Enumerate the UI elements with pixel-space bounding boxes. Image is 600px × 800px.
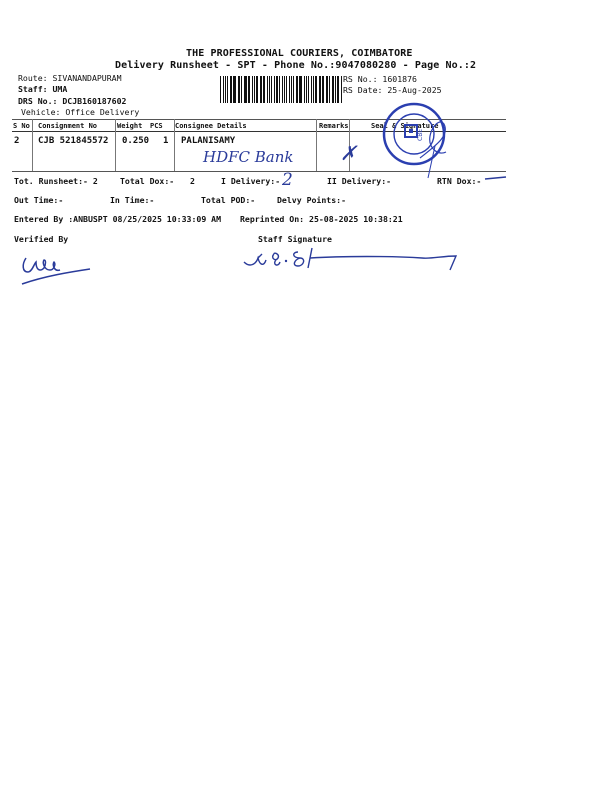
header-remarks: Remarks	[319, 122, 349, 130]
rs-date: RS Date: 25-Aug-2025	[343, 85, 442, 95]
col-divider	[32, 119, 33, 171]
header-consignee-details: Consignee Details	[175, 122, 247, 130]
barcode-bar	[234, 76, 235, 103]
barcode-bar	[315, 76, 317, 103]
ii-delivery-label: II Delivery:-	[327, 176, 391, 186]
delvy-points-label: Delvy Points:-	[277, 195, 346, 205]
barcode-bar	[225, 76, 226, 103]
col-divider	[316, 119, 317, 171]
barcode-bar	[300, 76, 301, 103]
barcode-bar	[320, 76, 321, 103]
barcode-bar	[335, 76, 336, 103]
barcode-bar	[227, 76, 228, 103]
route-label: Route: SIVANANDAPURAM	[18, 73, 122, 83]
barcode-bar	[269, 76, 270, 103]
barcode	[220, 76, 342, 103]
barcode-bar	[304, 76, 305, 103]
barcode-bar	[341, 76, 342, 103]
col-divider	[115, 119, 116, 171]
total-dox-label: Total Dox:-	[120, 176, 174, 186]
barcode-bar	[241, 76, 242, 103]
barcode-bar	[244, 76, 246, 103]
remarks-mark: ✗	[340, 141, 357, 165]
barcode-bar	[308, 76, 309, 103]
barcode-bar	[332, 76, 334, 103]
barcode-bar	[263, 76, 264, 103]
barcode-bar	[329, 76, 330, 103]
barcode-bar	[252, 76, 253, 103]
barcode-bar	[264, 76, 265, 103]
out-time-label: Out Time:-	[14, 195, 63, 205]
barcode-bar	[313, 76, 314, 103]
row-consignee: PALANISAMY	[181, 136, 235, 146]
barcode-bar	[319, 76, 320, 103]
barcode-bar	[254, 76, 255, 103]
barcode-bar	[284, 76, 285, 103]
barcode-bar	[286, 76, 287, 103]
rtn-dox-label: RTN Dox:-	[437, 176, 481, 186]
entered-by: Entered By :ANBUSPT 08/25/2025 10:33:09 …	[14, 214, 221, 224]
barcode-bar	[223, 76, 224, 103]
i-delivery-handwritten: 2	[282, 170, 293, 190]
rs-number: RS No.: 1601876	[343, 74, 417, 84]
barcode-bar	[327, 76, 328, 103]
barcode-bar	[311, 76, 312, 103]
barcode-bar	[233, 76, 234, 103]
i-delivery-label: I Delivery:-	[221, 176, 280, 186]
barcode-bar	[271, 76, 272, 103]
barcode-bar	[326, 76, 327, 103]
header-pcs: PCS	[150, 122, 163, 130]
svg-text:CBE: CBE	[417, 129, 424, 141]
reprinted-on: Reprinted On: 25-08-2025 10:38:21	[240, 214, 403, 224]
header-consignment-no: Consignment No	[38, 122, 97, 130]
barcode-bar	[282, 76, 283, 103]
barcode-bar	[296, 76, 298, 103]
hdfc-stamp-icon: CBE	[380, 96, 452, 176]
staff-signature-icon	[242, 244, 462, 276]
vehicle-label: Vehicle: Office Delivery	[21, 107, 139, 117]
company-title: THE PROFESSIONAL COURIERS, COIMBATORE	[186, 48, 412, 59]
barcode-bar	[293, 76, 294, 103]
barcode-bar	[256, 76, 258, 103]
barcode-bar	[322, 76, 323, 103]
barcode-bar	[299, 76, 300, 103]
handwritten-note: HDFC Bank	[203, 148, 293, 166]
barcode-bar	[249, 76, 250, 103]
row-consignment-no: CJB 521845572	[38, 136, 108, 146]
row-weight: 0.250	[122, 136, 149, 146]
barcode-bar	[274, 76, 275, 103]
barcode-bar	[289, 76, 290, 103]
barcode-bar	[239, 76, 240, 103]
verified-signature-icon	[20, 250, 95, 290]
tot-runsheet: Tot. Runsheet:- 2	[14, 176, 98, 186]
in-time-label: In Time:-	[110, 195, 154, 205]
header-weight: Weight	[117, 122, 142, 130]
staff-label: Staff: UMA	[18, 84, 67, 94]
barcode-bar	[276, 76, 278, 103]
barcode-bar	[279, 76, 280, 103]
header-s-no: S No	[13, 122, 30, 130]
row-s-no: 2	[14, 136, 19, 146]
row-pcs: 1	[163, 136, 168, 146]
barcode-bar	[260, 76, 261, 103]
barcode-bar	[248, 76, 249, 103]
verified-by-label: Verified By	[14, 234, 68, 244]
barcode-bar	[306, 76, 307, 103]
runsheet-subtitle: Delivery Runsheet - SPT - Phone No.:9047…	[115, 60, 476, 71]
drs-number: DRS No.: DCJB160187602	[18, 96, 126, 106]
barcode-bar	[220, 76, 221, 103]
barcode-bar	[238, 76, 239, 103]
barcode-bar	[337, 76, 338, 103]
total-dox-value: 2	[190, 176, 195, 186]
barcode-bar	[291, 76, 292, 103]
staff-signature-label: Staff Signature	[258, 234, 332, 244]
barcode-bar	[230, 76, 232, 103]
barcode-bar	[267, 76, 268, 103]
rtn-dox-dash	[484, 175, 508, 181]
total-pod-label: Total POD:-	[201, 195, 255, 205]
